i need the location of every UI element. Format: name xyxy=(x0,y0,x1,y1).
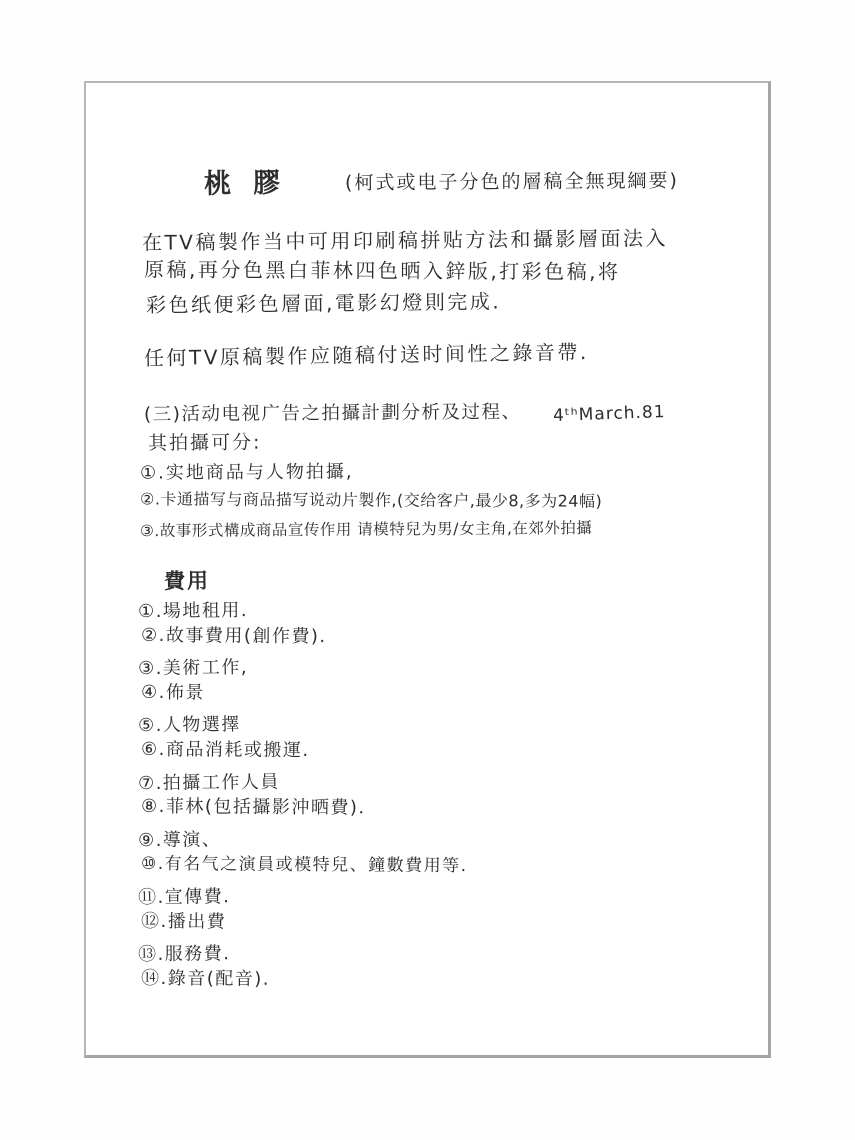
paragraph-delivery-note: 任何TV原稿製作应随稿付送时间性之錄音帶. xyxy=(144,334,744,371)
section-three-item-list: ①.实地商品与人物拍攝, ②.卡通描写与商品描写说动片製作,(交给客户,最少8,… xyxy=(140,457,766,544)
list-item: ⑪.宣傳費. xyxy=(138,878,738,913)
paragraph-line: 在TV稿製作当中可用印刷稿拼贴方法和攝影層面法入 xyxy=(142,222,754,258)
list-item: ①.場地租用. xyxy=(138,592,738,627)
paragraph-line: 原稿,再分色黑白菲林四色晒入鋅版,打彩色稿,将 xyxy=(144,254,754,288)
section-three-intro: 其拍攝可分: xyxy=(148,428,262,456)
list-item: ⑭.錄音(配音). xyxy=(141,965,738,998)
list-item: ②.卡通描写与商品描写说动片製作,(交给客户,最少8,多为24幅) xyxy=(140,484,766,516)
paragraph-line: 彩色纸便彩色層面,電影幻燈則完成. xyxy=(146,284,754,321)
section-three-date: 4ᵗʰMarch.81 xyxy=(552,402,665,426)
list-item: ⑥.商品消耗或搬運. xyxy=(141,736,738,769)
section-three-heading: (三)活动电视广告之拍攝計劃分析及过程、 xyxy=(144,398,522,427)
title-note: (柯式或电子分色的層稿全無現綱要) xyxy=(345,166,679,195)
costs-item-list: ①.場地租用. ②.故事費用(創作費). ③.美術工作, ④.佈景 ⑤.人物選擇… xyxy=(138,595,738,995)
title-row: 桃膠 (柯式或电子分色的層稿全無現綱要) xyxy=(204,161,764,200)
section-three-heading-row: (三)活动电视广告之拍攝計劃分析及过程、 4ᵗʰMarch.81 xyxy=(144,399,764,425)
paragraph-production-method: 在TV稿製作当中可用印刷稿拼贴方法和攝影層面法入 原稿,再分色黑白菲林四色晒入鋅… xyxy=(142,225,754,318)
page-title: 桃膠 xyxy=(204,160,303,201)
list-item: ①.实地商品与人物拍攝, xyxy=(140,455,766,487)
list-item: ③.故事形式構成商品宣传作用 请模特兒为男/女主角,在郊外拍攝 xyxy=(140,513,766,546)
costs-heading: 費用 xyxy=(164,565,211,596)
scan-canvas: { "doc": { "title": "桃膠", "title_note": … xyxy=(0,0,855,1140)
scanned-page: 桃膠 (柯式或电子分色的層稿全無現綱要) 在TV稿製作当中可用印刷稿拼贴方法和攝… xyxy=(84,81,771,1058)
